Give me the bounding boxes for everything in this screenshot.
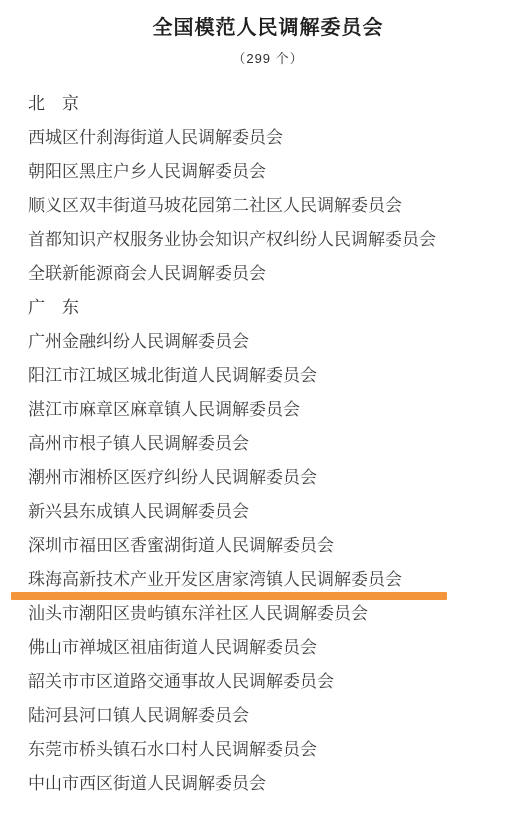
list-item: 陆河县河口镇人民调解委员会 (28, 707, 508, 724)
list-item: 西城区什刹海街道人民调解委员会 (28, 129, 508, 146)
list-item: 东莞市桥头镇石水口村人民调解委员会 (28, 741, 508, 758)
list-item-text: 珠海高新技术产业开发区唐家湾镇人民调解委员会 (28, 570, 402, 589)
list-item: 深圳市福田区香蜜湖街道人民调解委员会 (28, 537, 508, 554)
list-item: 阳江市江城区城北街道人民调解委员会 (28, 367, 508, 384)
region-header-guangdong: 广 东 (28, 299, 508, 316)
list-item: 汕头市潮阳区贵屿镇东洋社区人民调解委员会 (28, 605, 508, 622)
section-guangdong: 广 东 广州金融纠纷人民调解委员会 阳江市江城区城北街道人民调解委员会 湛江市麻… (28, 299, 508, 792)
list-item: 高州市根子镇人民调解委员会 (28, 435, 508, 452)
list-item: 朝阳区黑庄户乡人民调解委员会 (28, 163, 508, 180)
page-title: 全国模范人民调解委员会 (28, 16, 508, 40)
list-item: 首都知识产权服务业协会知识产权纠纷人民调解委员会 (28, 231, 508, 248)
region-header-beijing: 北 京 (28, 95, 508, 112)
list-item: 佛山市禅城区祖庙街道人民调解委员会 (28, 639, 508, 656)
list-item: 中山市西区街道人民调解委员会 (28, 775, 508, 792)
highlight-underline (11, 592, 447, 600)
list-item: 全联新能源商会人民调解委员会 (28, 265, 508, 282)
list-item: 潮州市湘桥区医疗纠纷人民调解委员会 (28, 469, 508, 486)
section-beijing: 北 京 西城区什刹海街道人民调解委员会 朝阳区黑庄户乡人民调解委员会 顺义区双丰… (28, 95, 508, 282)
document-page: 全国模范人民调解委员会 （299 个） 北 京 西城区什刹海街道人民调解委员会 … (0, 0, 528, 792)
list-item: 湛江市麻章区麻章镇人民调解委员会 (28, 401, 508, 418)
list-item-highlighted: 珠海高新技术产业开发区唐家湾镇人民调解委员会 (28, 571, 508, 588)
page-subtitle: （299 个） (28, 51, 508, 66)
list-item: 广州金融纠纷人民调解委员会 (28, 333, 508, 350)
list-item: 韶关市市区道路交通事故人民调解委员会 (28, 673, 508, 690)
list-item: 新兴县东成镇人民调解委员会 (28, 503, 508, 520)
list-item: 顺义区双丰街道马坡花园第二社区人民调解委员会 (28, 197, 508, 214)
